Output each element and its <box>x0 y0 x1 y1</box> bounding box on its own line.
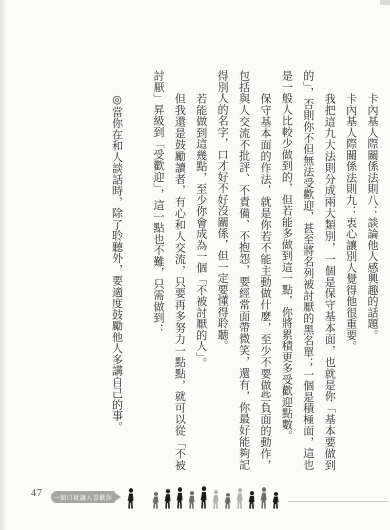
page-number: 47 <box>31 488 43 499</box>
person-icon <box>152 492 160 509</box>
person-icon <box>248 491 256 509</box>
paragraph-rule-8: 卡內基人際關係法則八：談論他人感興趣的話題。 <box>361 70 382 470</box>
page-edge-shadow <box>0 0 7 530</box>
person-icon <box>260 487 268 509</box>
person-icon <box>127 488 135 509</box>
person-icon <box>224 493 232 509</box>
paragraph-encourage-readers: 但我還是鼓勵讀者，有心和人交流，只要再多努力一點點，就可以從「不被討厭」昇級到「… <box>147 70 190 470</box>
chapter-tag-label: 一開口就讓人喜歡你 <box>54 493 113 502</box>
person-icon <box>188 491 196 509</box>
paragraph-two-categories: 我把這九大法則分成兩大類別，一個是保守基本面，也就是你「基本要做到的」，否則你不… <box>275 70 339 470</box>
person-icon <box>200 486 208 509</box>
paragraph-rule-9: 卡內基人際關係法則九：衷心讓別人覺得他很重要。 <box>339 70 360 470</box>
person-icon <box>164 489 172 509</box>
figure-row <box>127 484 280 509</box>
person-icon <box>176 487 184 509</box>
paragraph-basic-approach: 保守基本面的作法，就是你若不能主動做什麼，至少不要做些負面的動作，包括與人交流不… <box>211 70 275 470</box>
bullet-item-encourage-talking: ◎當你在和人談話時，除了聆聽外，要適度鼓勵他人多講自己的事。 <box>105 70 126 470</box>
paragraph-not-disliked: 若能做到這幾點，至少你會成為一個「不被討厭的人」。 <box>189 70 210 470</box>
chapter-tag-arrow-icon <box>115 493 121 501</box>
person-icon <box>272 492 280 509</box>
chapter-tag: 一開口就讓人喜歡你 <box>51 491 115 503</box>
body-text: 卡內基人際關係法則八：談論他人感興趣的話題。 卡內基人際關係法則九：衷心讓別人覺… <box>105 70 382 470</box>
person-icon <box>212 490 220 509</box>
footer-rule-line <box>288 501 388 502</box>
person-icon <box>236 488 244 509</box>
scan-artifact <box>380 0 390 5</box>
